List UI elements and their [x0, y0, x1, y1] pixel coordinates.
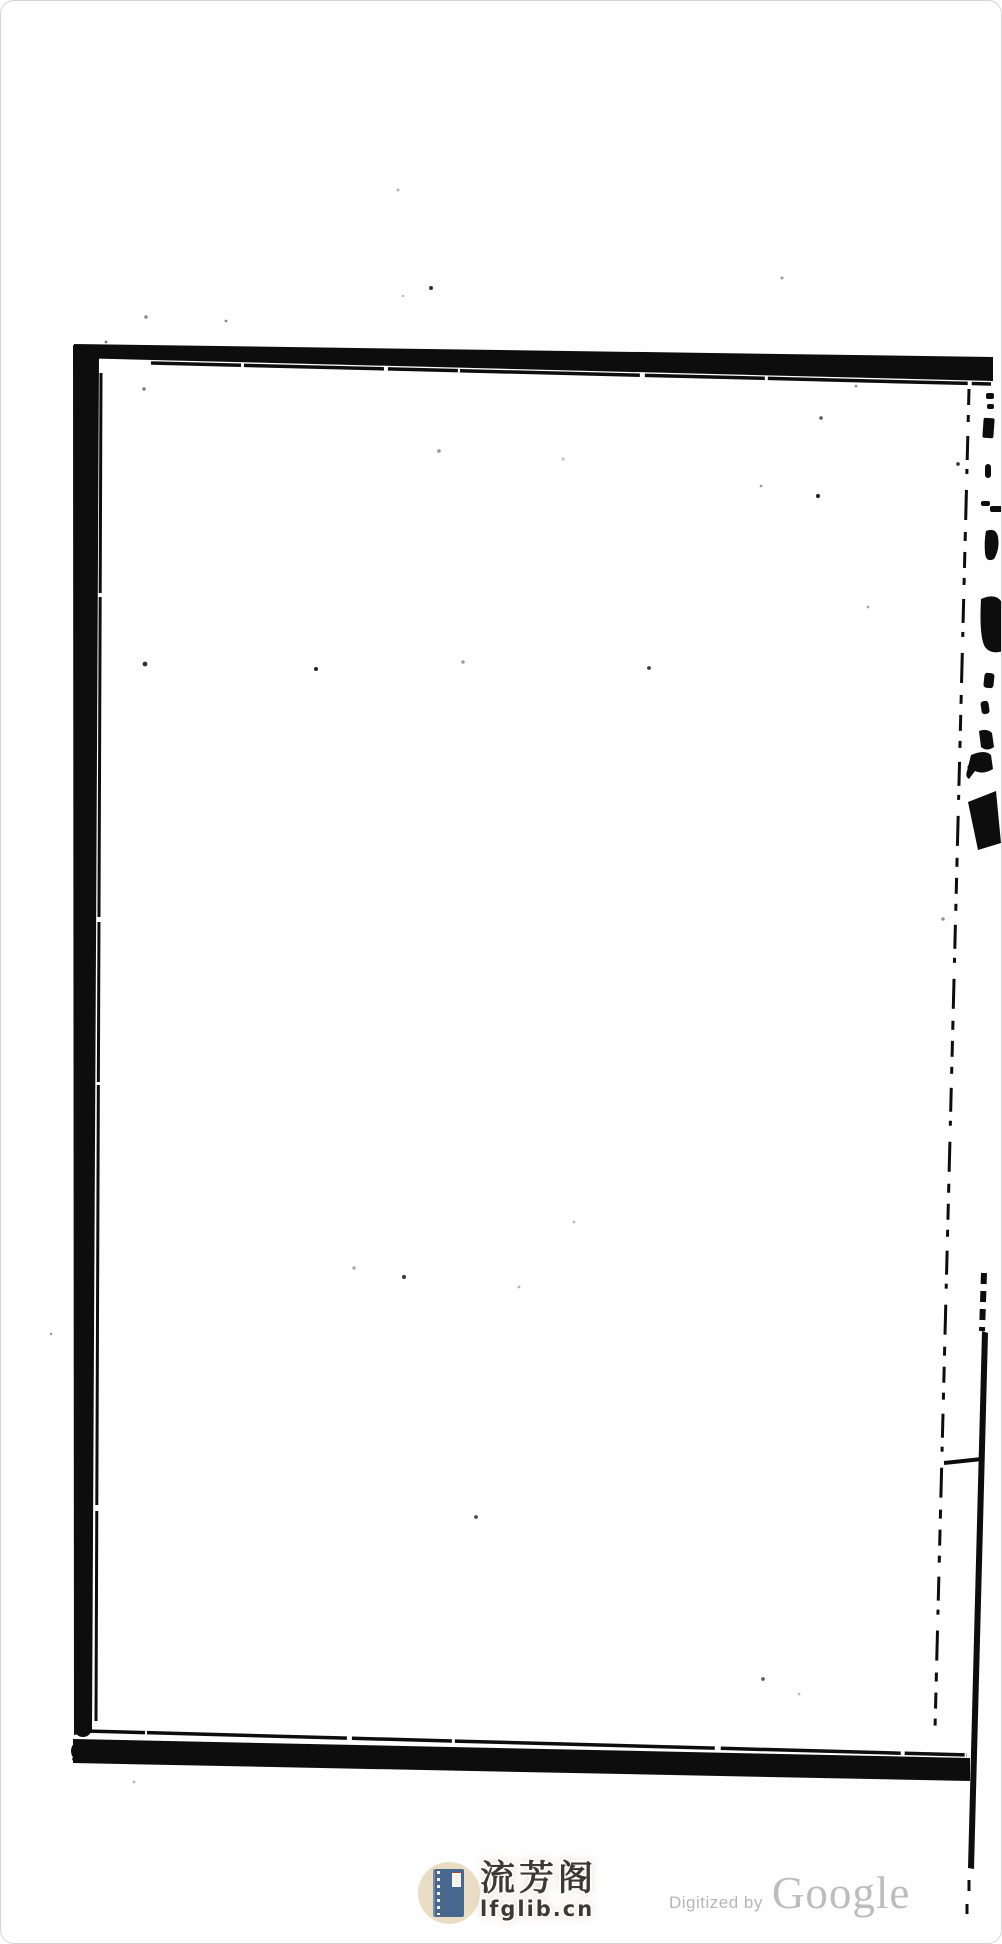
right-edge-tick [944, 1459, 982, 1463]
lfglib-watermark: 流芳阁 lfglib.cn [480, 1860, 597, 1920]
scanned-book-page: 流芳阁 lfglib.cn Digitized by Google [0, 0, 1002, 1944]
ink-blot [968, 791, 1001, 850]
frame-left-thick-line [73, 345, 99, 1735]
frame-top-thick-line [74, 344, 993, 381]
page-edge-lines [935, 389, 988, 1914]
frame-bottom-thick-line [73, 1739, 970, 1781]
watermark-site-name: 流芳阁 [480, 1860, 597, 1898]
scan-speckles [50, 189, 960, 1784]
gutter-dashed-line [935, 389, 969, 1729]
watermark-site-url: lfglib.cn [480, 1898, 597, 1920]
partial-glyph-fragments [966, 393, 1002, 850]
google-attribution: Digitized by Google [669, 1869, 910, 1917]
digitized-by-label: Digitized by [669, 1893, 763, 1913]
book-title-label [452, 1872, 461, 1889]
lfglib-watermark-badge [418, 1862, 480, 1924]
right-edge-solid-line [968, 1331, 988, 1869]
scan-artwork [1, 1, 1002, 1944]
stitched-book-icon [433, 1869, 464, 1917]
frame-bottom-thin-line [85, 1731, 967, 1755]
page-frame-border [71, 344, 993, 1781]
frame-left-thin-line [96, 373, 101, 1721]
frame-top-thin-line [151, 363, 991, 384]
book-stitches [437, 1871, 440, 1915]
google-logo: Google [772, 1869, 910, 1917]
